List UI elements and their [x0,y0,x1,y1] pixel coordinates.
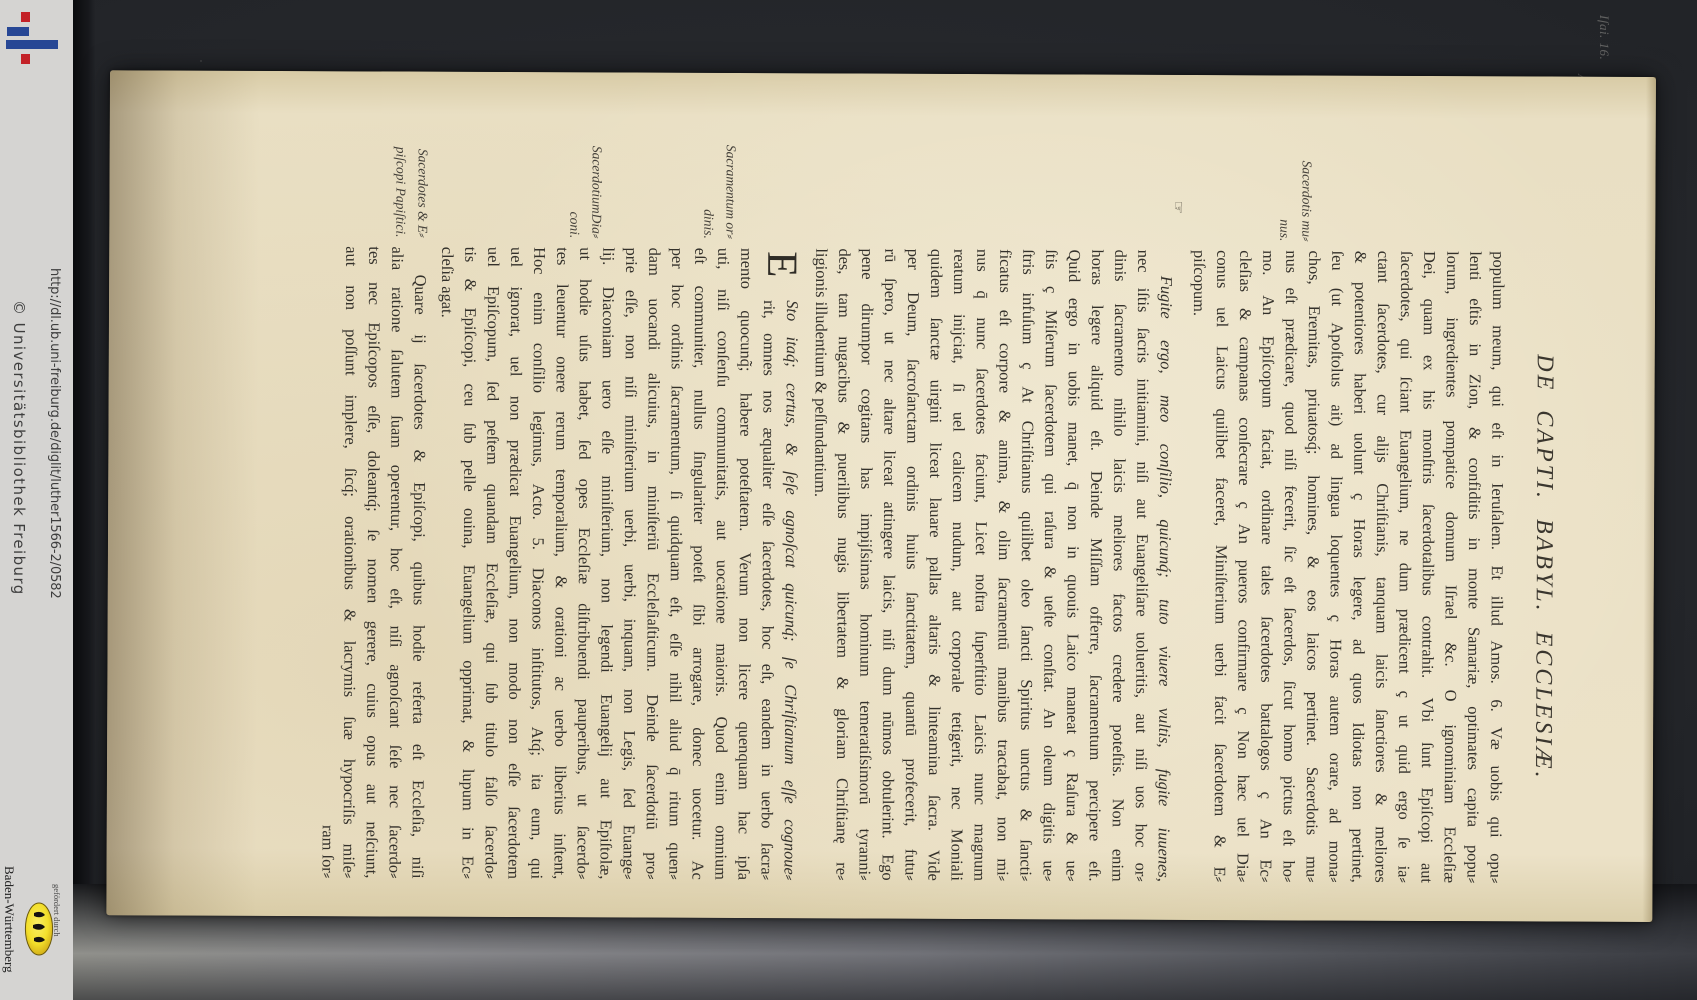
text-line: Fugite ergo, meo conſilio, quicunq́; tut… [1152,250,1178,882]
text-line: per hoc ordinis ſacramentum, ſi quidquam… [663,248,689,880]
gutter-shade [106,70,260,916]
text-line: uel Epiſcopum, ſed peſtem quandam Eccleſ… [479,247,505,879]
text-line: ſeu (ut Apoſtolus ait) ad lingua loquent… [1323,251,1349,883]
text-block: populum meum, qui eſt in Ieruſalem. Et i… [337,246,1510,883]
text-line: dinis ſacramento nihilo laicis meliores … [1106,250,1132,882]
library-sidebar: http://dl.ub.uni-freiburg.de/diglit/luth… [0,0,73,1000]
funding-org-label: Baden-Württemberg [1,866,17,973]
text-line: ctant ſacerdotes, cur alijs Chriſtianis,… [1369,251,1395,883]
manicule-icon: ☞ [1169,201,1187,215]
text-line: rū ſpero, ut nec altare liceat attingere… [876,249,902,881]
text-line: aut non poſſunt implere, ſicq́; orationi… [337,246,363,878]
margin-note: Sacerdotis mu⸗nus. [1273,75,1318,241]
text-line: Quid ergo in uobis manet, q̄ non in quou… [1060,249,1086,881]
text-line: chos, Eremitas, priuatosq́; homines, & e… [1300,250,1326,882]
text-line: populum meum, qui eſt in Ieruſalem. Et i… [1484,251,1510,883]
text-line: Quare ij ſacerdotes & Epiſcopi, quibus h… [406,247,432,879]
text-line: ſtris infuſum ç At Chriſtianus quilibet … [1014,249,1040,881]
text-line: Hoc enim conſilio legimus, Acto. 5. Diac… [525,247,551,879]
text-line: ESto itaq́; certus, & ſeſe agnoſcat quic… [778,248,804,880]
text-line: uel ignorat, uel non prædicat Euangelium… [502,247,528,879]
text-line: ut hodie uſus habet, ſed opes Eccleſiæ d… [571,247,597,879]
text-line: ſtis ç Miſerum ſacerdotem qui raſura & u… [1037,249,1063,881]
text-line: alia ratione ſalutem ſuam operentur, hoc… [383,246,409,878]
margin-note: Sacramentum or⸗dinis. [697,73,742,239]
text-line: per Deum, ſacroſanctam ordinis huius ſan… [899,249,925,881]
ub-freiburg-logo-mark [21,54,30,64]
text-line: nus eſt prædicare, quod niſi fecerit, ſi… [1277,250,1303,882]
text-line: quidem ſanctæ uirgini liceat lauare pall… [922,249,948,881]
text-line: Dei, quam ex his monſtris ſacerdotalibus… [1415,251,1441,883]
text-line: tis & Epiſcopi, ceu ſub pelle ouina, Eua… [456,247,482,879]
text-line: reatum inijciat, ſi uel calicem nudum, a… [945,249,971,881]
text-line: nus q̄ nunc ſacerdotes faciunt, Licet no… [968,249,994,881]
background-shadow-strip [73,0,95,1000]
text-line: prie eſſe, non niſi miniſterium uerbi, u… [617,247,643,879]
text-line: lenti eſtis in Zion, & confiditis in mon… [1461,251,1487,883]
ub-freiburg-logo-mark [21,12,30,22]
text-line: ligionis illudentium & peſſundantium. [807,248,833,880]
text-line: nec iſtis ſacris initiamini, niſi aut Eu… [1129,250,1155,882]
margin-note: Sacerdotes & E⸗piſcopi Papiſtici. [389,71,434,237]
ghost-reference: Iſai. 16. [1596,15,1612,60]
text-line: ficatus eſt corpore & anima, & olim ſacr… [991,249,1017,881]
text-line: piſcopum. [1185,250,1211,882]
text-line: cleſia agat. [433,247,459,879]
ub-freiburg-logo-mark [6,40,58,49]
text-line: lorum, ingredientes pompatice domum Iſra… [1438,251,1464,883]
text-line: & potentiores haberi uolunt ç Horas lege… [1346,251,1372,883]
source-url: http://dl.ub.uni-freiburg.de/diglit/luth… [47,268,62,599]
margin-note: SacerdotiumDia⸗coni. [563,72,608,238]
scanned-book-page: DE CAPTI. BABYL. ECCLESIÆ. ☞ Sacerdotis … [106,70,1656,922]
text-line: mo. An Epiſcopum faciat, ordinare tales … [1254,250,1280,882]
text-line: uti, niſi conſenſu communitatis, aut uoc… [709,248,735,880]
copyright-notice: © Universitätsbibliothek Freiburg [10,300,28,596]
dust-specks [200,60,202,62]
running-title: DE CAPTI. BABYL. ECCLESIÆ. [1528,251,1558,883]
text-line: des, tam nugacibus & puerilibus nugis li… [830,248,856,880]
text-line: dam uocandi alicuius, in miniſteriū Eccl… [640,248,666,880]
text-line: tes leuentur onere rerum temporalium, & … [548,247,574,879]
baden-wuerttemberg-coat-of-arms [24,901,54,957]
text-line: ſacerdotes, qui ſciant Euangelium, ne du… [1392,251,1418,883]
text-line: cleſias & campanas conſecrare ç An puero… [1231,250,1257,882]
text-line: mento quocunq̃; habere poteſtatem. Verum… [732,248,758,880]
text-line: pene dirumpor cogitans has impijſsimas h… [853,249,879,881]
catchword: ram ſor⸗ [317,246,340,878]
text-line: eſt communiter, nullus ſingulariter pote… [686,248,712,880]
text-line: conus uel Laicus quilibet faceret, Miniſ… [1208,250,1234,882]
text-line: horas legere aliquid eſt. Deinde Miſſam … [1083,250,1109,882]
ub-freiburg-logo-mark [7,27,29,36]
text-line: lij. Diaconiam uero eſſe miniſterium, no… [594,247,620,879]
scan-viewer: Iſai. 16.Amos 6. DE CAPTI. BABYL. ECCLES… [0,0,1697,1000]
text-line: rit, omnes nos æqualiter eſſe ſacerdotes… [755,248,781,880]
text-line: tes nec Epiſcopos eſſe, doleantq́; ſe no… [360,246,386,878]
